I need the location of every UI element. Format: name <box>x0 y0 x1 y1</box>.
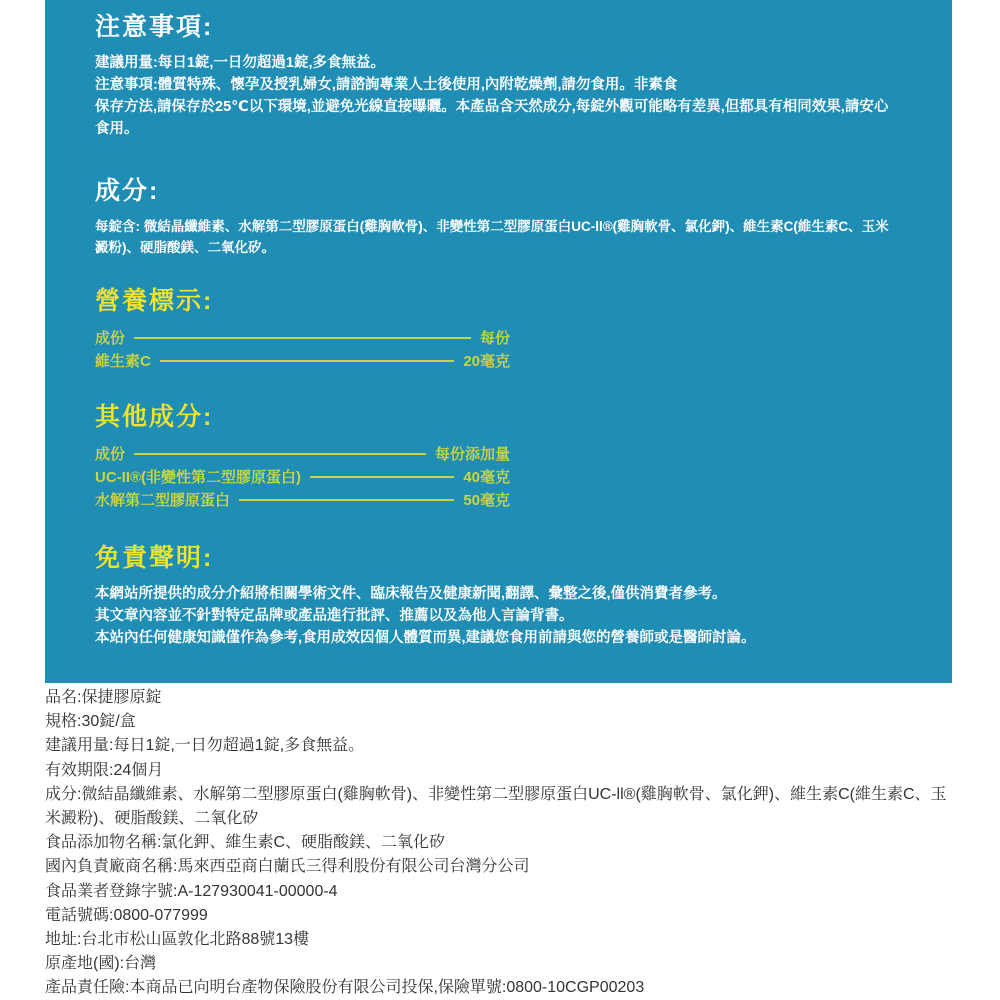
precautions-line: 注意事項:體質特殊、懷孕及授乳婦女,請諮詢專業人士後使用,內附乾燥劑,請勿食用。… <box>95 74 900 96</box>
spec-line-product-liability-insurance: 產品責任險:本商品已向明台產物保險股份有限公司投保,保險單號:0800-10CG… <box>45 976 955 1000</box>
other-row-value: 50毫克 <box>463 489 510 510</box>
nutrition-row-value: 每份 <box>480 327 510 348</box>
disclaimer-line: 其文章內容並不針對特定品牌或產品進行批評、推薦以及為他人言論背書。 <box>95 605 900 627</box>
disclaimer-line: 本網站所提供的成分介紹將相關學術文件、臨床報告及健康新聞,翻譯、彙整之後,僅供消… <box>95 583 900 605</box>
spec-line-package-size: 規格:30錠/盒 <box>45 710 955 734</box>
spec-line-responsible-company: 國內負責廠商名稱:馬來西亞商白蘭氏三得利股份有限公司台灣分公司 <box>45 855 955 879</box>
other-ingredients-table: 成份 每份添加量 UC-II®(非變性第二型膠原蛋白) 40毫克 水解第二型膠原… <box>95 442 510 511</box>
nutrition-row-label: 成份 <box>95 327 125 348</box>
leader-line <box>134 453 426 455</box>
nutrition-row: 維生素C 20毫克 <box>95 349 510 372</box>
leader-line <box>310 476 454 478</box>
precautions-heading: 注意事項: <box>95 10 900 44</box>
other-ingredients-row: UC-II®(非變性第二型膠原蛋白) 40毫克 <box>95 465 510 488</box>
product-spec-list: 品名:保捷膠原錠 規格:30錠/盒 建議用量:每日1錠,一日勿超過1錠,多食無益… <box>45 686 955 1000</box>
nutrition-row-label: 維生素C <box>95 350 151 371</box>
spec-line-country-of-origin: 原產地(國):台灣 <box>45 952 955 976</box>
product-info-page: 注意事項: 建議用量:每日1錠,一日勿超過1錠,多食無益。 注意事項:體質特殊、… <box>0 0 1000 1000</box>
spec-line-address: 地址:台北市松山區敦化北路88號13樓 <box>45 928 955 952</box>
leader-line <box>134 337 471 339</box>
other-row-label: UC-II®(非變性第二型膠原蛋白) <box>95 466 301 487</box>
leader-line <box>160 360 454 362</box>
disclaimer-heading: 免責聲明: <box>95 541 900 575</box>
spec-line-registration-number: 食品業者登錄字號:A-127930041-00000-4 <box>45 880 955 904</box>
other-row-value: 40毫克 <box>463 466 510 487</box>
leader-line <box>239 499 454 501</box>
precautions-line: 保存方法,請保存於25℃以下環境,並避免光線直接曝曬。本產品含天然成分,每錠外觀… <box>95 96 900 140</box>
other-row-label: 成份 <box>95 443 125 464</box>
product-detail-panel: 注意事項: 建議用量:每日1錠,一日勿超過1錠,多食無益。 注意事項:體質特殊、… <box>45 0 952 683</box>
disclaimer-line: 本站內任何健康知識僅作為參考,食用成效因個人體質而異,建議您食用前請與您的營養師… <box>95 627 900 649</box>
nutrition-row: 成份 每份 <box>95 326 510 349</box>
precautions-line: 建議用量:每日1錠,一日勿超過1錠,多食無益。 <box>95 52 900 74</box>
other-row-value: 每份添加量 <box>435 443 510 464</box>
spec-line-suggested-dose: 建議用量:每日1錠,一日勿超過1錠,多食無益。 <box>45 734 955 758</box>
nutrition-heading: 營養標示: <box>95 284 900 318</box>
spec-line-shelf-life: 有效期限:24個月 <box>45 759 955 783</box>
spec-line-product-name: 品名:保捷膠原錠 <box>45 686 955 710</box>
nutrition-table: 成份 每份 維生素C 20毫克 <box>95 326 510 372</box>
ingredients-text: 每錠含: 微結晶纖維素、水解第二型膠原蛋白(雞胸軟骨)、非變性第二型膠原蛋白UC… <box>95 216 900 258</box>
other-ingredients-heading: 其他成分: <box>95 400 900 434</box>
spec-line-phone-number: 電話號碼:0800-077999 <box>45 904 955 928</box>
other-ingredients-row: 水解第二型膠原蛋白 50毫克 <box>95 488 510 511</box>
spec-line-ingredients: 成分:微結晶纖維素、水解第二型膠原蛋白(雞胸軟骨)、非變性第二型膠原蛋白UC-l… <box>45 783 955 831</box>
other-row-label: 水解第二型膠原蛋白 <box>95 489 230 510</box>
spec-line-food-additives: 食品添加物名稱:氯化鉀、維生素C、硬脂酸鎂、二氧化矽 <box>45 831 955 855</box>
other-ingredients-row: 成份 每份添加量 <box>95 442 510 465</box>
ingredients-heading: 成分: <box>95 174 900 208</box>
nutrition-row-value: 20毫克 <box>463 350 510 371</box>
